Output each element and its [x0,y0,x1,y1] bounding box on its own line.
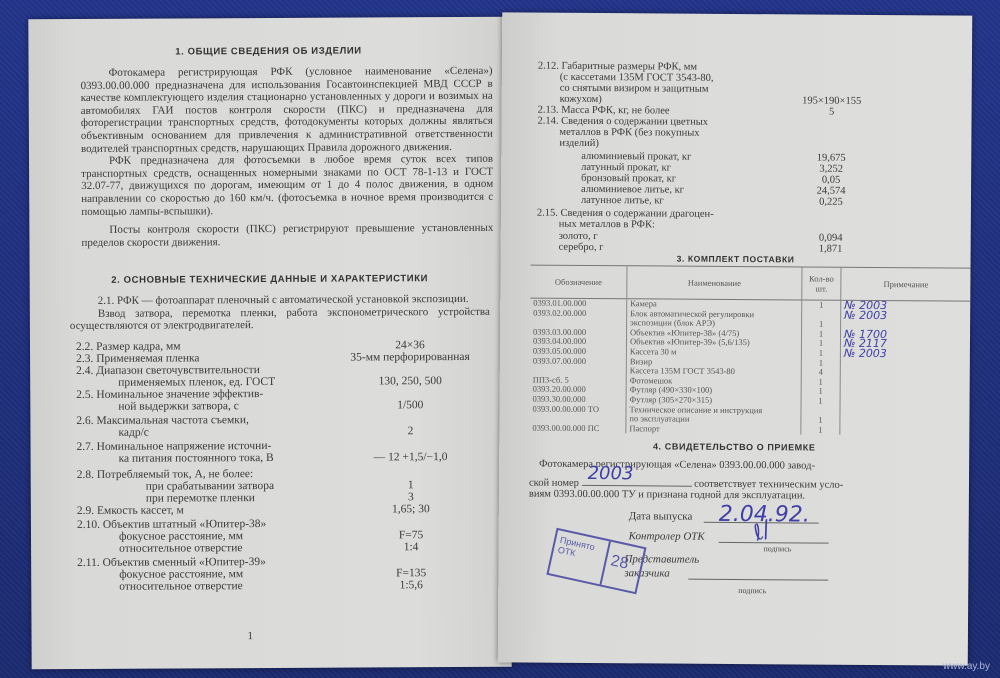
spec-label: 2.10. Объектив штатный «Юпитер-38» [77,518,266,531]
spec-label: 2.11. Объектив сменный «Юпитер-39» [77,556,266,569]
section1-paragraph: Фотокамера регистрирующая РФК (условное … [81,65,493,155]
cell-note: № 2003 [841,310,971,320]
spec-value: 0,225 [771,196,891,208]
col-header-name: Наименование [627,266,802,300]
cell-code: 0393.07.00.000 [530,356,627,366]
date-label: Дата выпуска [629,510,693,522]
spec-label: кадр/с [118,427,148,439]
spec-value: F=75 [321,529,501,542]
acceptance-line-1: Фотокамера регистрирующая «Селена» 0393.… [539,459,815,472]
spec-value: 195×190×155 [772,95,892,107]
cell-name: Паспорт [626,424,801,435]
cell-code: 0393.02.00.000 [530,308,627,318]
spec-value: F=135 [321,567,501,580]
spec-label: изделий) [559,138,599,150]
spec-value: 1,871 [771,243,891,255]
col-header-note: Примечание [841,267,971,301]
stamp-text: Принято ОТК [557,535,596,562]
right-page: 2.12. Габаритные размеры РФК, мм(с кассе… [498,12,973,665]
spec-value: 130, 250, 500 [320,375,500,388]
spec-label: 2.4. Диапазон светочувствительности [76,364,260,377]
spec-label: 2.9. Емкость кассет, м [77,504,184,517]
cell-note: № 2003 [840,349,970,359]
cell-qty: 1 [802,300,841,310]
section1-paragraph: Посты контроля скорости (ПКС) регистриру… [81,222,493,249]
spec-label: фокусное расстояние, мм [119,530,243,543]
representative-signature-caption: подпись [738,586,766,595]
spec-label: 2.3. Применяемая пленка [76,352,199,365]
spec-label: 2.8. Потребляемый ток, А, не более: [77,468,254,481]
spec-label: 2.7. Номинальное напряжение источни- [77,440,272,453]
spec-value: 24,574 [771,185,891,197]
page-number: 1 [248,630,254,642]
kit-table-header: Обозначение Наименование Кол-во шт. Прим… [530,265,970,301]
spec-value: 0,05 [771,174,891,186]
spec-label: 2.5. Номинальное значение эффектив- [76,388,263,401]
spec-label: фокусное расстояние, мм [119,568,243,581]
col-header-qty: Кол-во шт. [802,267,841,300]
spec-value: — 12 +1,5/−1,0 [321,451,501,464]
spec-label: относительное отверстие [119,580,243,593]
section1-body: Фотокамера регистрирующая РФК (условное … [81,65,494,249]
spec-label: латунное литье, кг [581,195,664,208]
section2-intro: 2.1. РФК — фотоаппарат пленочный с автом… [70,293,490,333]
spec-label: при перемотке пленки [146,492,255,505]
section4-title: 4. СВИДЕТЕЛЬСТВО О ПРИЕМКЕ [519,440,949,453]
section1-title: 1. ОБЩИЕ СВЕДЕНИЯ ОБ ИЗДЕЛИИ [48,45,488,58]
section3-title: 3. КОМПЛЕКТ ПОСТАВКИ [521,253,951,266]
section1-paragraph: РФК предназначена для фотосъемки в любое… [81,153,493,218]
serial-field: 2003 [582,475,692,487]
cell-name: Кассета 30 м [626,347,801,358]
spec-value: 2 [320,425,500,438]
spec-value: 0,094 [771,232,891,244]
stamp-number: 28 [609,552,630,573]
kit-table-wrap: Обозначение Наименование Кол-во шт. Прим… [529,265,970,436]
spec-label: ной выдержки затвора, с [118,400,239,413]
watermark: www.ay.by [943,661,990,672]
spec-value: 19,675 [771,152,891,164]
spec-value: 1,65; 30 [321,503,501,516]
spec-2-1-note: Взвод затвора, перемотка пленки, работа … [70,305,490,332]
spec-label: ка питания постоянного тока, В [119,452,274,465]
cell-qty: 1 [801,425,840,435]
spec-value: 35-мм перфорированная [320,351,500,364]
table-row: 0393.00.00.000 ПСПаспорт1 [529,423,969,436]
spec-label: применяемых пленок, ед. ГОСТ [118,376,275,389]
spec-label: 2.6. Максимальная частота съемки, [76,414,249,427]
spec-value: 3 [321,491,501,504]
left-page: 1. ОБЩИЕ СВЕДЕНИЯ ОБ ИЗДЕЛИИ Фотокамера … [28,17,511,670]
spec-value: 5 [772,106,892,118]
spec-label: ных металлов в РФК: [559,219,655,232]
representative-signature-line [688,579,828,581]
controller-signature-caption: подпись [764,544,792,553]
kit-table: Обозначение Наименование Кол-во шт. Прим… [529,265,970,436]
spec-label: при срабатывании затвора [146,480,274,493]
spec-value: 3,252 [771,163,891,175]
section2-title: 2. ОСНОВНЫЕ ТЕХНИЧЕСКИЕ ДАННЫЕ И ХАРАКТЕ… [50,273,490,286]
spec-value: 1/500 [320,399,500,412]
cell-qty: 1 [801,396,840,406]
spec-label: относительное отверстие [119,542,243,555]
serial-label: ской номер [529,478,579,489]
acceptance-line-3: виям 0393.00.00.000 ТУ и признана годной… [529,489,805,502]
spec-label: 2.2. Размер кадра, мм [76,340,181,353]
spec-value: 1:5,6 [321,579,501,592]
serial-handwritten: 2003 [588,463,634,484]
cell-code: 0393.00.00.000 ПС [529,423,626,433]
spec-value: 1:4 [321,541,501,554]
spec-value: 1 [321,479,501,492]
cell-note [840,425,970,435]
cell-code: 0393.00.00.000 ТО [529,404,626,414]
spec-value: 24×36 [320,339,500,352]
controller-label: Контролер ОТК [629,530,705,543]
col-header-code: Обозначение [530,265,627,299]
